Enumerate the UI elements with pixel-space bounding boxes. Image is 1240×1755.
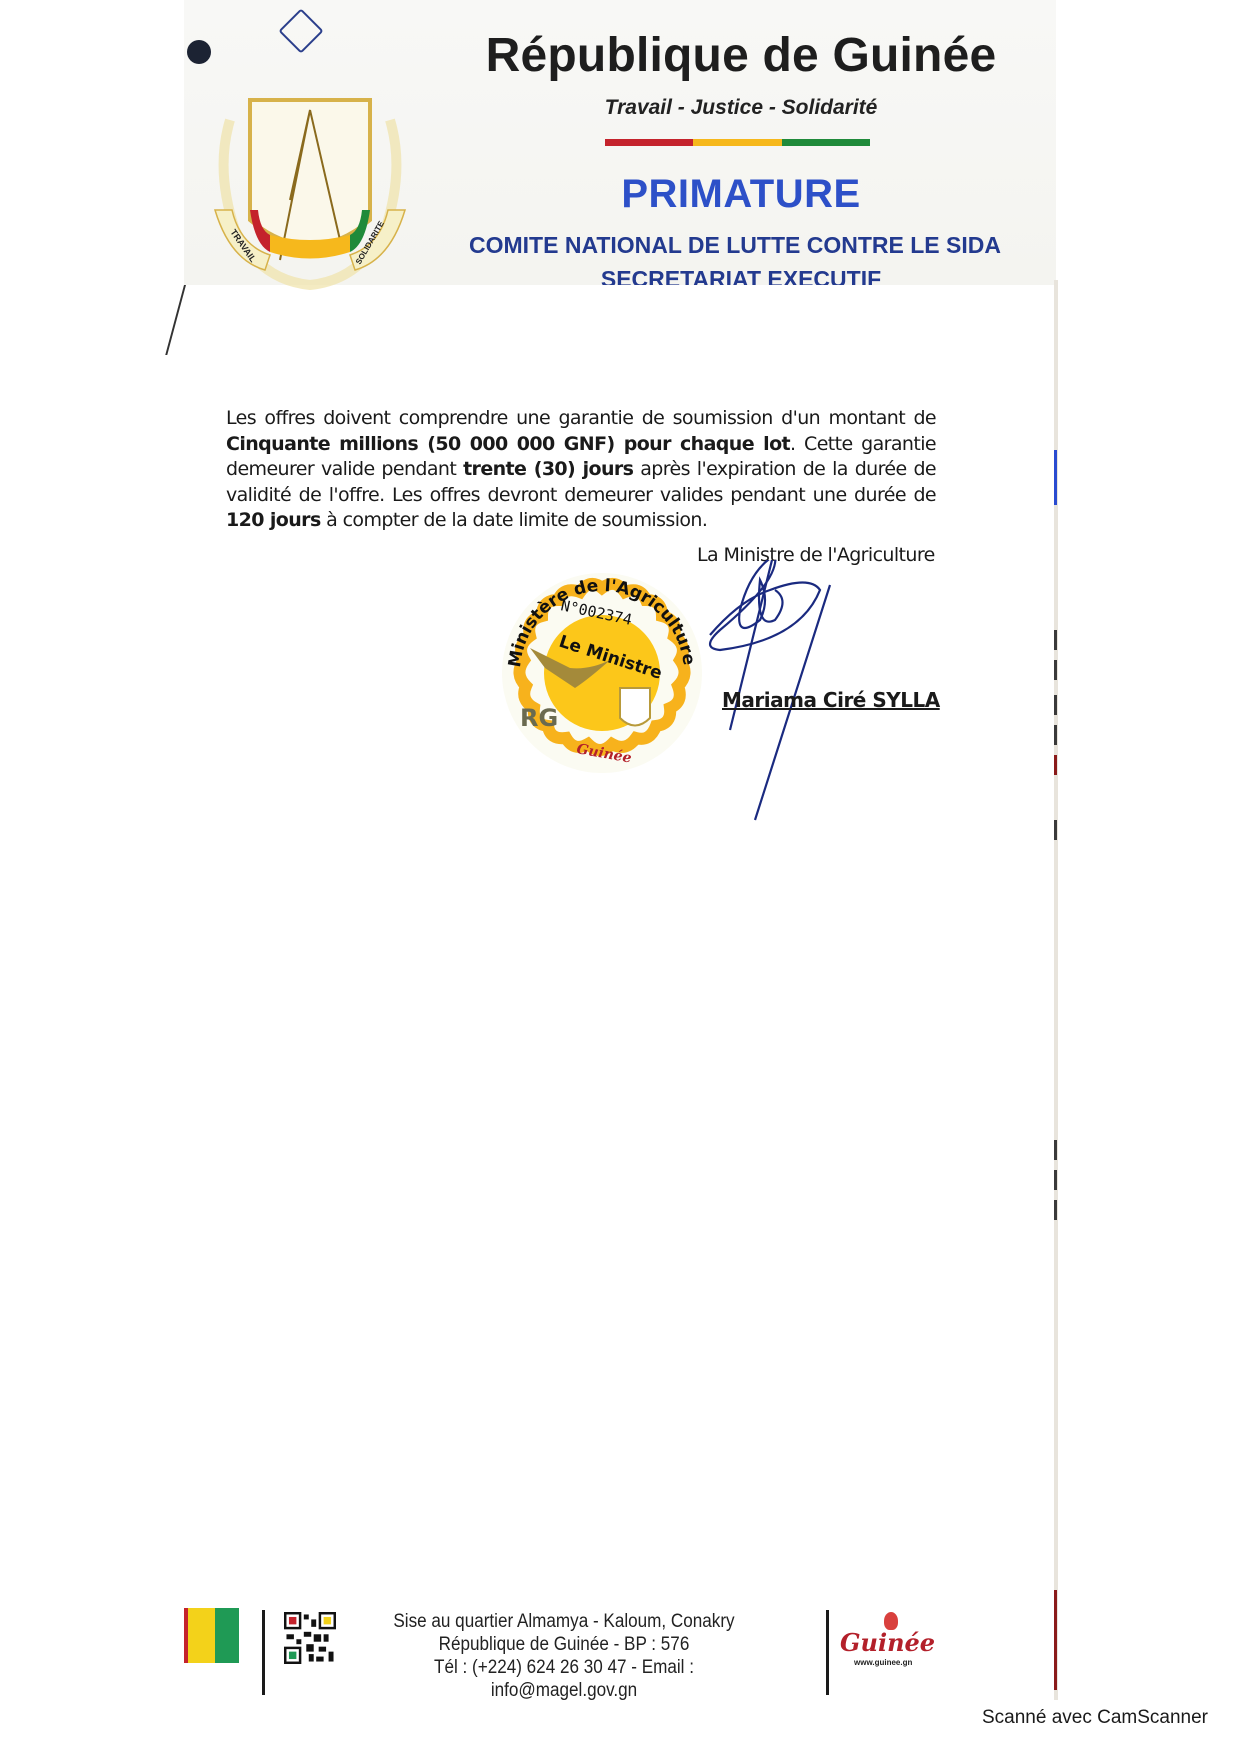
edge-mark	[1054, 660, 1057, 680]
footer-flag-green	[215, 1608, 239, 1663]
punch-hole	[187, 40, 211, 64]
edge-mark	[1054, 820, 1057, 840]
flag-red	[605, 139, 693, 146]
edge-mark	[1054, 695, 1057, 715]
address-line-1: Sise au quartier Almamya - Kaloum, Conak…	[366, 1610, 762, 1633]
address-line-2: République de Guinée - BP : 576	[366, 1633, 762, 1656]
edge-mark	[1054, 450, 1057, 505]
camscanner-watermark: Scanné avec CamScanner	[982, 1707, 1208, 1729]
paper-fold-edge	[165, 285, 186, 355]
guinea-coat-of-arms-icon: TRAVAIL SOLIDARITE	[210, 60, 410, 290]
edge-mark	[1054, 755, 1057, 775]
edge-mark	[1054, 725, 1057, 745]
office-title: PRIMATURE	[485, 172, 997, 217]
country-title: République de Guinée	[485, 28, 997, 83]
guarantee-paragraph: Les offres doivent comprendre une garant…	[226, 406, 936, 534]
edge-mark	[1054, 630, 1057, 650]
paragraph-text: à compter de la date limite de soumissio…	[321, 509, 708, 531]
ministry-stamp-icon: Ministère de l'Agriculture N°002374 Le M…	[490, 548, 710, 788]
logo-url: www.guinee.gn	[854, 1658, 912, 1667]
logo-text: Guinée	[840, 1628, 935, 1657]
committee-name: COMITE NATIONAL DE LUTTE CONTRE LE SIDA	[465, 232, 1005, 259]
flag-color-bar	[605, 139, 870, 146]
footer-divider	[262, 1610, 265, 1695]
paragraph-text: Les offres doivent comprendre une garant…	[226, 407, 936, 429]
secretariat-name: SECRETARIAT EXECUTIF	[485, 265, 997, 285]
stamp-initials: RG	[520, 704, 558, 732]
footer-flag-yellow	[188, 1608, 215, 1663]
emphasized-text: trente (30) jours	[463, 458, 633, 480]
national-motto: Travail - Justice - Solidarité	[485, 96, 997, 120]
guinee-brand-logo: Guinée www.guinee.gn	[840, 1612, 940, 1672]
qr-code-icon	[284, 1612, 336, 1664]
emphasized-text: Cinquante millions (50 000 000 GNF) pour…	[226, 433, 790, 455]
signatory-name: Mariama Ciré SYLLA	[722, 688, 940, 712]
footer-divider	[826, 1610, 829, 1695]
edge-mark	[1054, 1170, 1057, 1190]
footer-flag	[184, 1608, 239, 1663]
contact-line: Tél : (+224) 624 26 30 47 - Email : info…	[366, 1656, 762, 1702]
flag-yellow	[693, 139, 781, 146]
footer-address: Sise au quartier Almamya - Kaloum, Conak…	[366, 1610, 762, 1702]
letter-footer: Sise au quartier Almamya - Kaloum, Conak…	[184, 1600, 1056, 1705]
edge-mark	[1054, 1140, 1057, 1160]
emphasized-text: 120 jours	[226, 509, 321, 531]
flag-green	[782, 139, 870, 146]
edge-mark	[1054, 1200, 1057, 1220]
